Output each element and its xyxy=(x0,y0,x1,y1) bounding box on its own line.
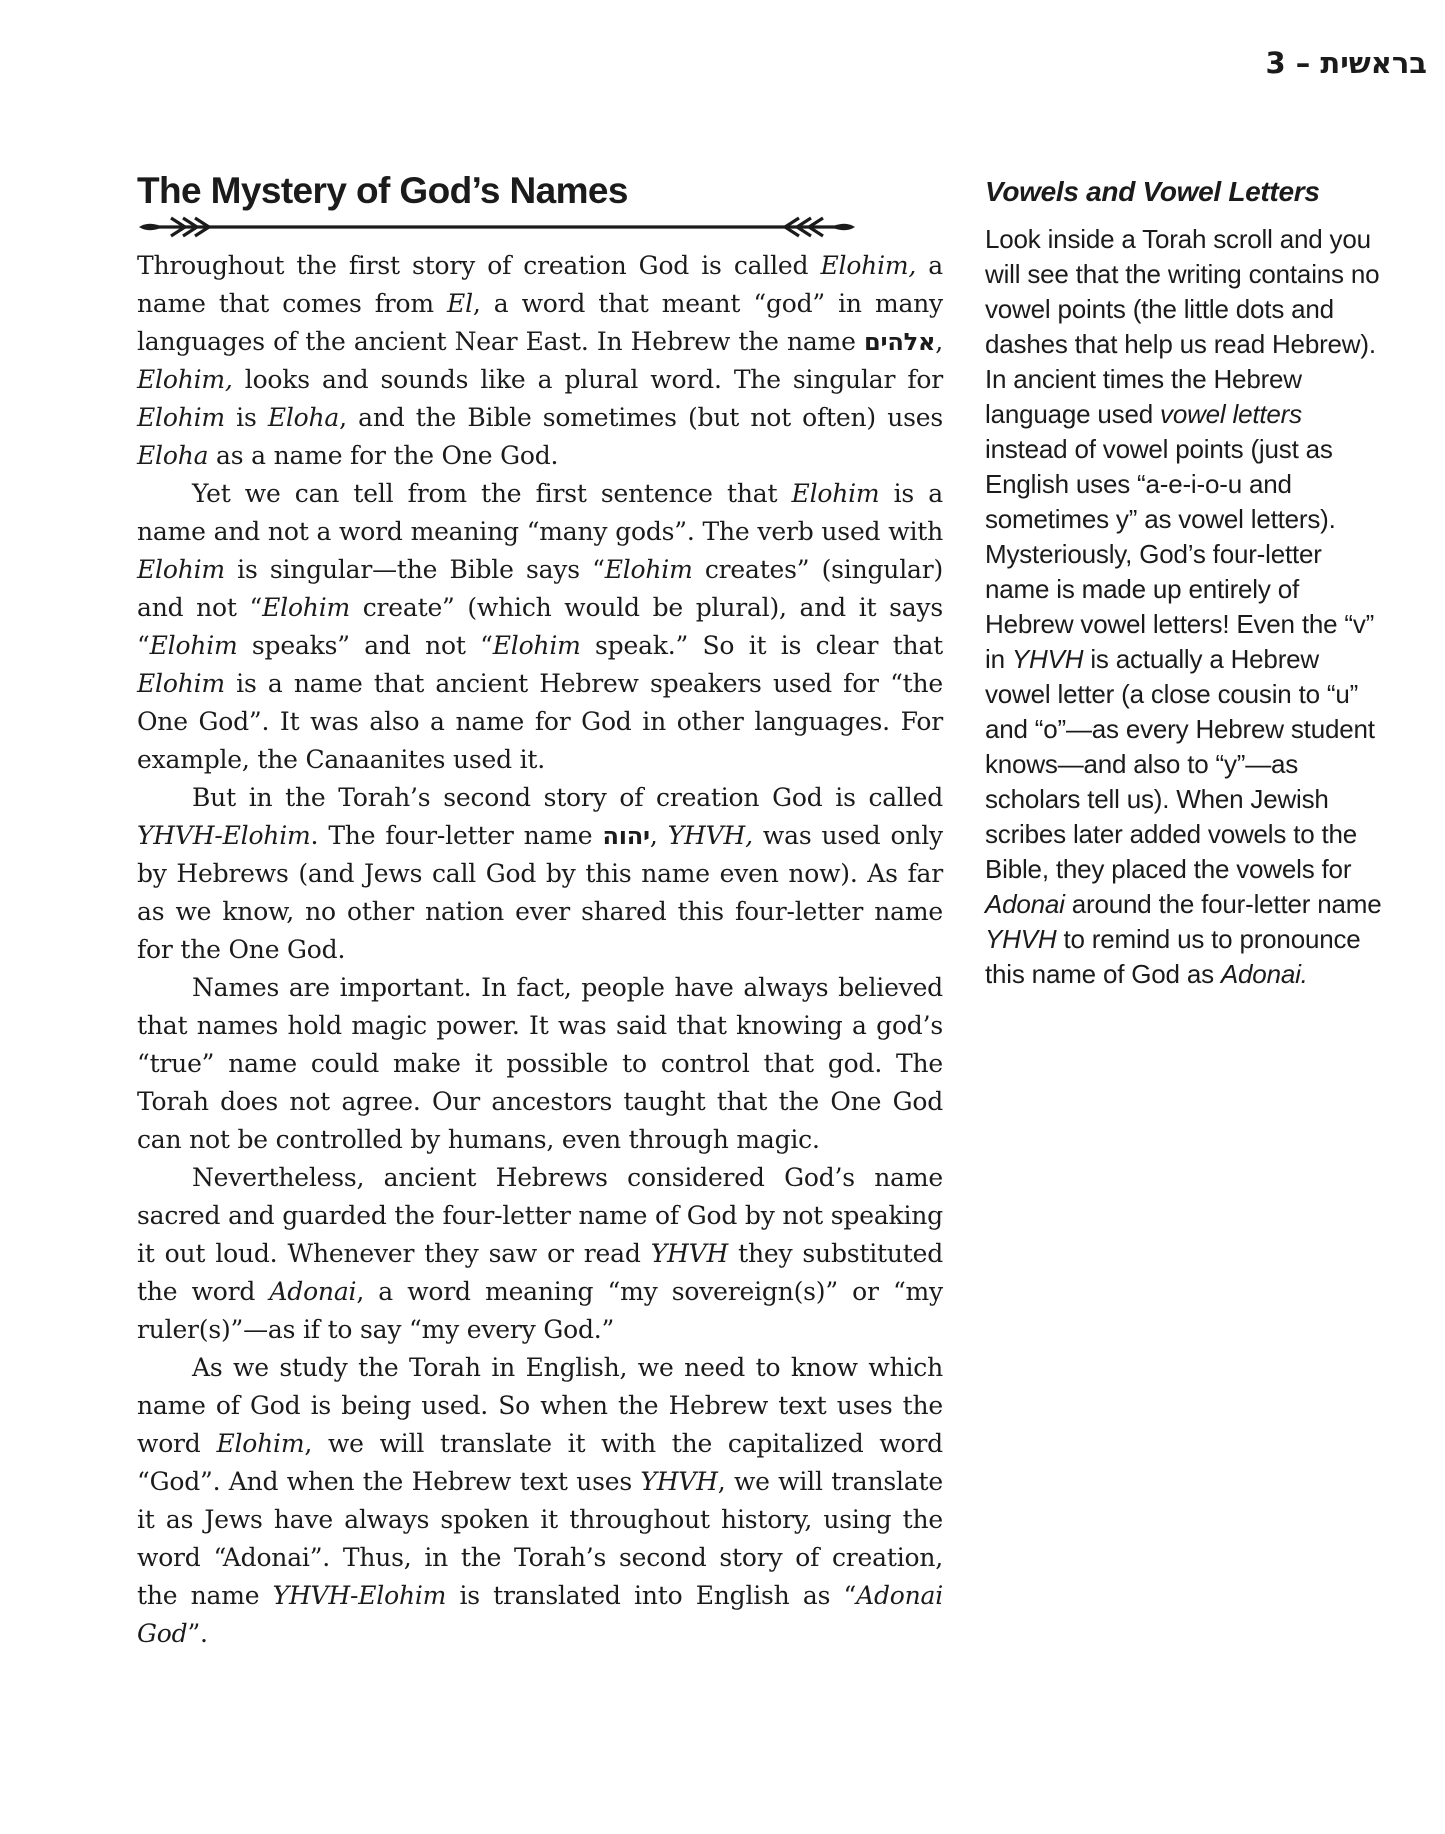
text-run: is actually a Hebrew vowel letter (a clo… xyxy=(985,644,1375,884)
text-run: ”. xyxy=(187,1619,207,1648)
text-run: around the four-letter name xyxy=(1065,889,1382,919)
paragraph: Yet we can tell from the first sentence … xyxy=(137,475,943,779)
article-title: The Mystery of God’s Names xyxy=(137,170,943,211)
page-number: 3 xyxy=(1265,46,1285,80)
italic-term: Eloha xyxy=(137,441,208,470)
italic-term: YHVH xyxy=(985,924,1056,954)
text-run: is xyxy=(225,403,268,432)
text-run: speaks” and not “ xyxy=(238,631,493,660)
paragraph: Nevertheless, ancient Hebrews considered… xyxy=(137,1159,943,1349)
italic-term: Elohim, xyxy=(137,365,233,394)
sidebar-body: Look inside a Torah scroll and you will … xyxy=(985,222,1387,992)
italic-term: Elohim xyxy=(605,555,693,584)
text-run: as a name for the One God. xyxy=(208,441,558,470)
text-run: , xyxy=(650,821,668,850)
hebrew-book-title: בראשית xyxy=(1320,46,1427,80)
sidebar: Vowels and Vowel Letters Look inside a T… xyxy=(985,176,1387,992)
right-leaf-tip-icon xyxy=(831,224,855,231)
paragraph: Throughout the first story of creation G… xyxy=(137,247,943,475)
left-leaf-tip-icon xyxy=(139,224,163,231)
italic-term: YHVH xyxy=(640,1467,717,1496)
italic-term: Elohim xyxy=(137,555,225,584)
italic-term: Adonai. xyxy=(1221,959,1308,989)
main-article: The Mystery of God’s Names xyxy=(137,170,943,1653)
text-run: , xyxy=(935,327,943,356)
hebrew-word: אלהים xyxy=(864,328,935,356)
text-run: speak.” So it is clear that xyxy=(581,631,943,660)
paragraph: Names are important. In fact, people hav… xyxy=(137,969,943,1159)
italic-term: Elohim xyxy=(216,1429,304,1458)
italic-term: Elohim xyxy=(137,403,225,432)
italic-term: Adonai xyxy=(985,889,1065,919)
paragraph: But in the Torah’s second story of creat… xyxy=(137,779,943,969)
italic-term: El xyxy=(447,289,473,318)
text-run: is singular—the Bible says “ xyxy=(225,555,605,584)
italic-term: YHVH, xyxy=(668,821,753,850)
italic-term: Elohim xyxy=(150,631,238,660)
italic-term: YHVH xyxy=(651,1239,728,1268)
italic-term: Elohim xyxy=(493,631,581,660)
page-header: בראשית – 3 xyxy=(1265,46,1427,80)
italic-term: Adonai xyxy=(269,1277,356,1306)
sidebar-heading: Vowels and Vowel Letters xyxy=(985,176,1387,208)
text-run: . The four-letter name xyxy=(311,821,603,850)
hebrew-word: יהוה xyxy=(602,822,649,850)
text-run: Yet we can tell from the first sentence … xyxy=(192,479,792,508)
italic-term: vowel letters xyxy=(1160,399,1302,429)
text-run: Names are important. In fact, people hav… xyxy=(137,973,943,1154)
italic-term: Eloha xyxy=(268,403,339,432)
italic-term: YHVH xyxy=(1012,644,1083,674)
article-body: Throughout the first story of creation G… xyxy=(137,247,943,1653)
italic-term: Elohim, xyxy=(820,251,916,280)
paragraph: As we study the Torah in English, we nee… xyxy=(137,1349,943,1653)
text-run: But in the Torah’s second story of creat… xyxy=(192,783,943,812)
text-run: looks and sounds like a plural word. The… xyxy=(233,365,943,394)
text-run: Throughout the first story of creation G… xyxy=(137,251,820,280)
italic-term: YHVH-Elohim xyxy=(273,1581,447,1610)
italic-term: Elohim xyxy=(792,479,880,508)
header-separator: – xyxy=(1296,46,1311,80)
fletched-arrow-divider-icon xyxy=(137,213,857,241)
text-run: is a name that ancient Hebrew speakers u… xyxy=(137,669,943,774)
italic-term: Elohim xyxy=(262,593,350,622)
text-run: instead of vowel points (just as English… xyxy=(985,434,1374,674)
text-run: , and the Bible sometimes (but not often… xyxy=(339,403,943,432)
text-run: is translated into English as “ xyxy=(446,1581,856,1610)
italic-term: Elohim xyxy=(137,669,225,698)
italic-term: YHVH-Elohim xyxy=(137,821,311,850)
